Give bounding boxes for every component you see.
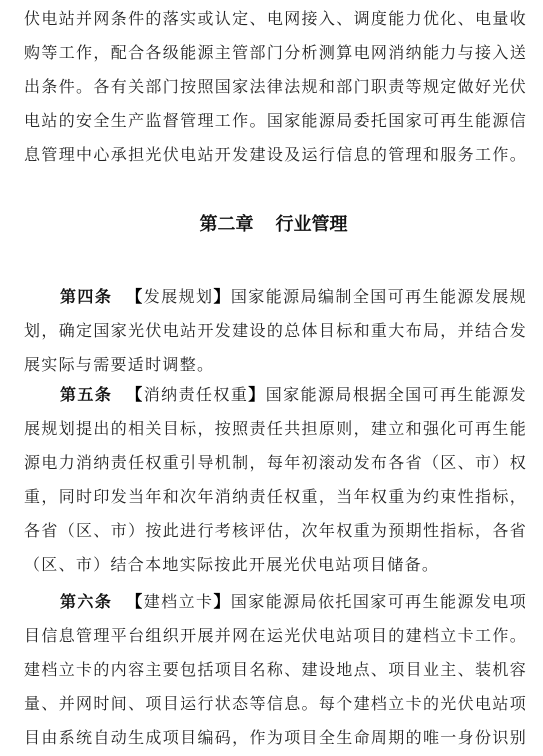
article-6: 第六条【建档立卡】国家能源局依托国家可再生能源发电项 目信息管理平台组织开展并网…: [24, 585, 527, 755]
article-topic: 发展规划: [144, 287, 214, 306]
text-line: 展规划提出的相关目标，按照责任共担原则，建立和强化可再生能: [24, 412, 527, 446]
article-first-line: 第五条【消纳责任权重】国家能源局根据全国可再生能源发: [24, 378, 527, 412]
text-line: 各省（区、市）按此进行考核评估，次年权重为预期性指标，各省: [24, 514, 527, 548]
bracket-open: 【: [126, 385, 143, 404]
article-topic: 消纳责任权重: [144, 385, 249, 404]
bracket-close: 】: [213, 592, 230, 611]
bracket-close: 】: [213, 287, 230, 306]
text-line: 伏电站并网条件的落实或认定、电网接入、调度能力优化、电量收: [24, 2, 527, 36]
article-number: 第四条: [60, 287, 112, 306]
text-line: 建档立卡的内容主要包括项目名称、建设地点、项目业主、装机容: [24, 653, 527, 687]
article-number: 第六条: [60, 592, 112, 611]
article-number: 第五条: [60, 385, 112, 404]
chapter-number: 第二章: [200, 214, 254, 235]
text-line: 重，同时印发当年和次年消纳责任权重，当年权重为约束性指标，: [24, 480, 527, 514]
bracket-open: 【: [126, 592, 143, 611]
text-line: 划，确定国家光伏电站开发建设的总体目标和重大布局，并结合发: [24, 314, 527, 348]
intro-paragraph: 伏电站并网条件的落实或认定、电网接入、调度能力优化、电量收 购等工作，配合各级能…: [24, 2, 527, 172]
text-line: （区、市）结合本地实际按此开展光伏电站项目储备。: [24, 548, 527, 582]
article-first-line-text: 国家能源局依托国家可再生能源发电项: [231, 592, 527, 611]
text-line: 目信息管理平台组织开展并网在运光伏电站项目的建档立卡工作。: [24, 619, 527, 653]
text-line: 息管理中心承担光伏电站开发建设及运行信息的管理和服务工作。: [24, 138, 527, 172]
chapter-title: 第二章行业管理: [0, 208, 543, 242]
article-first-line: 第六条【建档立卡】国家能源局依托国家可再生能源发电项: [24, 585, 527, 619]
text-line: 电站的安全生产监督管理工作。国家能源局委托国家可再生能源信: [24, 104, 527, 138]
text-line: 源电力消纳责任权重引导机制，每年初滚动发布各省（区、市）权: [24, 446, 527, 480]
text-line: 出条件。各有关部门按照国家法律法规和部门职责等规定做好光伏: [24, 70, 527, 104]
bracket-open: 【: [126, 287, 143, 306]
text-line: 目由系统自动生成项目编码，作为项目全生命周期的唯一身份识别: [24, 721, 527, 755]
bracket-close: 】: [248, 385, 265, 404]
text-line: 量、并网时间、项目运行状态等信息。每个建档立卡的光伏电站项: [24, 687, 527, 721]
article-first-line: 第四条【发展规划】国家能源局编制全国可再生能源发展规: [24, 280, 527, 314]
article-first-line-text: 国家能源局根据全国可再生能源发: [266, 385, 527, 404]
article-5: 第五条【消纳责任权重】国家能源局根据全国可再生能源发 展规划提出的相关目标，按照…: [24, 378, 527, 582]
chapter-name: 行业管理: [276, 214, 348, 235]
text-line: 展实际与需要适时调整。: [24, 348, 527, 382]
article-topic: 建档立卡: [144, 592, 214, 611]
text-line: 购等工作，配合各级能源主管部门分析测算电网消纳能力与接入送: [24, 36, 527, 70]
article-4: 第四条【发展规划】国家能源局编制全国可再生能源发展规 划，确定国家光伏电站开发建…: [24, 280, 527, 382]
article-first-line-text: 国家能源局编制全国可再生能源发展规: [231, 287, 527, 306]
